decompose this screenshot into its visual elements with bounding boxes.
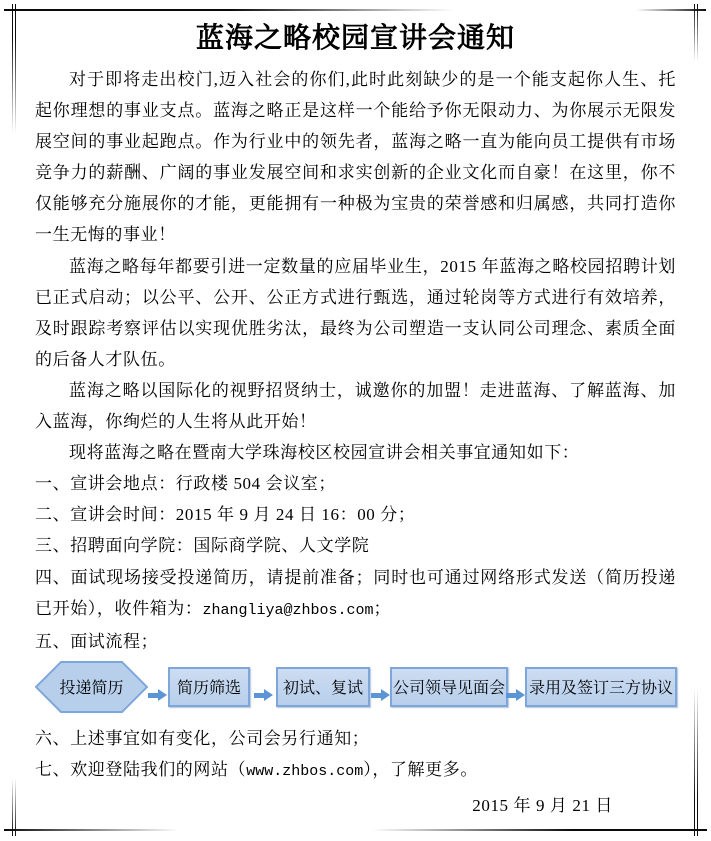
- list-item-resume: 四、面试现场接受投递简历，请提前准备；同时也可通过网络形式发送（简历投递已开始）…: [35, 562, 676, 626]
- page-border-segment: [697, 688, 698, 836]
- flow-step-label: 公司领导见面会: [393, 675, 505, 698]
- intro-paragraph-1: 对于即将走出校门,迈入社会的你们,此时此刻缺少的是一个能支起你人生、托起你理想的…: [35, 64, 676, 251]
- interview-flowchart: 投递简历 简历筛选 初试、复试 公司领导见面会 录用及签订三方协议: [35, 661, 676, 713]
- arrow-head: [158, 689, 167, 701]
- list-item-colleges: 三、招聘面向学院：国际商学院、人文学院: [35, 530, 676, 561]
- list-item-time: 二、宣讲会时间：2015 年 9 月 24 日 16：00 分；: [35, 499, 676, 530]
- resume-item-suffix: ；: [374, 599, 392, 618]
- contact-email: zhangliya@zhbos.com: [203, 602, 374, 619]
- page-border-segment: [15, 778, 16, 836]
- flow-arrow-icon: [371, 689, 390, 702]
- arrow-stem: [506, 693, 516, 698]
- page-border-segment: [15, 4, 16, 134]
- flow-arrow-icon: [148, 689, 167, 702]
- arrow-head: [516, 689, 525, 701]
- arrow-stem: [371, 693, 381, 698]
- page-border-segment: [694, 688, 695, 836]
- list-item-process: 五、面试流程；: [35, 626, 676, 657]
- page-border-segment: [694, 4, 695, 62]
- list-item-venue: 一、宣讲会地点：行政楼 504 会议室；: [35, 468, 676, 499]
- arrow-stem: [148, 693, 158, 698]
- page-border-segment: [372, 829, 707, 831]
- document-title: 蓝海之略校园宣讲会通知: [35, 22, 676, 56]
- flow-arrow-icon: [254, 689, 273, 702]
- website-item-suffix: ），了解更多。: [363, 760, 478, 779]
- website-url: www.zhbos.com: [246, 763, 363, 780]
- website-item-text: 七、欢迎登陆我们的网站（: [35, 760, 246, 779]
- page-border-segment: [12, 778, 13, 836]
- flow-step-submit-resume: 投递简历: [35, 661, 148, 713]
- flow-arrow-icon: [506, 689, 525, 702]
- page-border-segment: [4, 829, 179, 831]
- intro-paragraph-4: 现将蓝海之略在暨南大学珠海校区校园宣讲会相关事宜通知如下：: [35, 437, 676, 468]
- list-item-changes: 六、上述事宜如有变化，公司会另行通知；: [35, 723, 676, 754]
- intro-paragraph-3: 蓝海之略以国际化的视野招贤纳士，诚邀你的加盟！走进蓝海、了解蓝海、加入蓝海，你绚…: [35, 375, 676, 437]
- flow-step-leader-meeting: 公司领导见面会: [390, 667, 508, 707]
- flow-step-offer-agreement: 录用及签订三方协议: [525, 667, 677, 707]
- list-item-website: 七、欢迎登陆我们的网站（www.zhbos.com），了解更多。: [35, 754, 676, 787]
- document-body: 蓝海之略校园宣讲会通知 对于即将走出校门,迈入社会的你们,此时此刻缺少的是一个能…: [35, 0, 676, 821]
- notice-page: { "doc": { "title": "蓝海之略校园宣讲会通知", "para…: [0, 0, 711, 841]
- arrow-stem: [254, 693, 264, 698]
- notice-date: 2015 年 9 月 21 日: [35, 790, 676, 821]
- page-border-segment: [697, 4, 698, 62]
- flow-step-label: 初试、复试: [283, 675, 363, 698]
- page-border-segment: [12, 4, 13, 134]
- flow-step-interviews: 初试、复试: [276, 667, 370, 707]
- flow-step-label: 录用及签订三方协议: [529, 675, 673, 698]
- intro-paragraph-2: 蓝海之略每年都要引进一定数量的应届毕业生，2015 年蓝海之略校园招聘计划已正式…: [35, 251, 676, 375]
- flow-step-label: 投递简历: [59, 675, 123, 698]
- arrow-head: [264, 689, 273, 701]
- flow-step-screening: 简历筛选: [168, 667, 250, 707]
- arrow-head: [381, 689, 390, 701]
- flow-step-label: 简历筛选: [177, 675, 241, 698]
